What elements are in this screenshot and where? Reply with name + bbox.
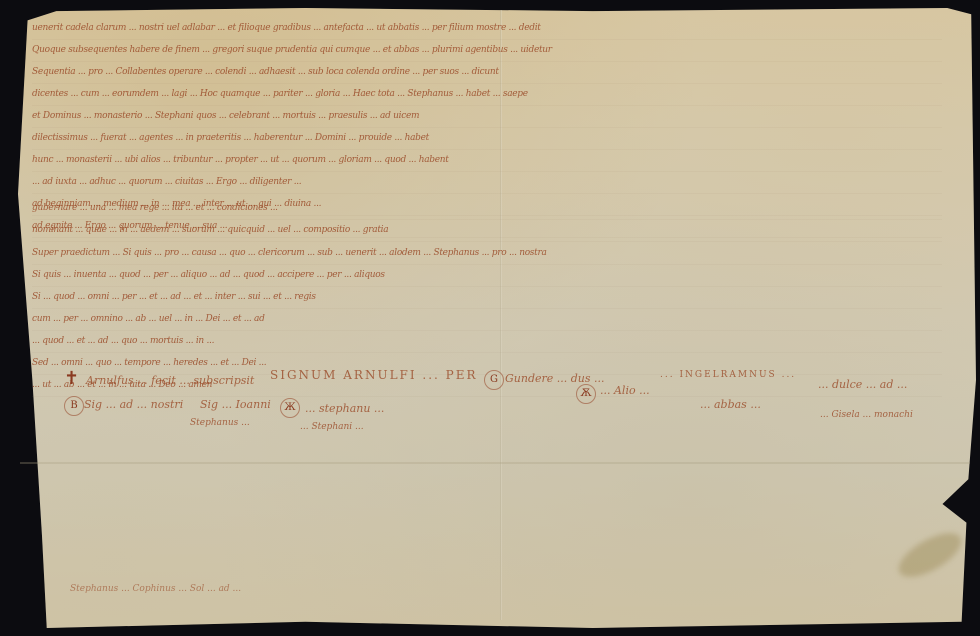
signature-arnulfus: Arnulfus ... fecit ... subscripsit — [86, 374, 254, 387]
text-line-content: cum ... per ... omnino ... ab ... uel ..… — [32, 309, 265, 330]
text-line: dilectissimus ... fuerat ... agentes ...… — [32, 128, 942, 150]
text-line-content: nominant ... quae ... in ... aedem ... s… — [32, 220, 388, 241]
text-line-content: ... ad iuxta ... adhuc ... quorum ... ci… — [32, 172, 301, 193]
signature-row2-mid2: ... stephanu ... — [305, 402, 384, 415]
text-line-content: dilectissimus ... fuerat ... agentes ...… — [32, 128, 429, 149]
signature-signum-caps: SIGNUM ARNULFI ... PER — [270, 368, 478, 382]
text-line: et Dominus ... monasterio ... Stephani q… — [32, 106, 942, 128]
monogram-icon: G — [484, 370, 504, 390]
text-line: Si ... quod ... omni ... per ... et ... … — [32, 287, 942, 309]
text-line-content: et Dominus ... monasterio ... Stephani q… — [32, 106, 419, 127]
bottom-notation: Stephanus ... Cophinus ... Sol ... ad ..… — [70, 584, 241, 594]
text-line-content: uenerit cadela clarum ... nostri uel adl… — [32, 18, 541, 39]
signature-row2-mid3: ... Alio ... — [600, 384, 650, 397]
text-line-content: Si quis ... inuenta ... quod ... per ...… — [32, 265, 385, 286]
text-line-content: Quoque subsequentes habere de finem ... … — [32, 40, 552, 61]
signature-row3-left: Stephanus ... — [190, 418, 250, 428]
signature-ingelramnus: ... INGELRAMNUS ... — [660, 370, 796, 380]
text-line: uenerit cadela clarum ... nostri uel adl… — [32, 18, 942, 40]
horizontal-fold-line — [20, 462, 970, 464]
text-line: ... ad iuxta ... adhuc ... quorum ... ci… — [32, 172, 942, 194]
signature-row2-mid1: Sig ... Ioanni — [200, 398, 271, 411]
monogram-icon: Ж — [280, 398, 300, 418]
signature-gundere: Gundere ... dus ... — [505, 372, 605, 385]
text-line-content: ... quod ... et ... ad ... quo ... mortu… — [32, 331, 214, 352]
text-line-content: gubernare ... una ... mea rege ... ita .… — [32, 198, 278, 219]
text-line: Quoque subsequentes habere de finem ... … — [32, 40, 942, 62]
monogram-icon: B — [64, 396, 84, 416]
text-line: dicentes ... cum ... eorumdem ... lagi .… — [32, 84, 942, 106]
charter-text-block-2: gubernare ... una ... mea rege ... ita .… — [32, 198, 942, 242]
signature-row2-left: Sig ... ad ... nostri — [84, 398, 183, 411]
text-line-content: dicentes ... cum ... eorumdem ... lagi .… — [32, 84, 528, 105]
text-line-content: hunc ... monasterii ... ubi alios ... tr… — [32, 150, 449, 171]
text-line: Sequentia ... pro ... Collabentes operar… — [32, 62, 942, 84]
monogram-icon: Ѫ — [576, 384, 596, 404]
text-line: Super praedictum ... Si quis ... pro ...… — [32, 243, 942, 265]
text-line: Si quis ... inuenta ... quod ... per ...… — [32, 265, 942, 287]
signature-row3-right: ... Gisela ... monachi — [820, 410, 913, 420]
cross-icon: ✝ — [64, 368, 79, 389]
text-line-content: Sequentia ... pro ... Collabentes operar… — [32, 62, 499, 83]
signature-row3-mid: ... Stephani ... — [300, 422, 364, 432]
signature-dulce: ... dulce ... ad ... — [818, 378, 907, 391]
text-line: gubernare ... una ... mea rege ... ita .… — [32, 198, 942, 220]
text-line: hunc ... monasterii ... ubi alios ... tr… — [32, 150, 942, 172]
text-line: nominant ... quae ... in ... aedem ... s… — [32, 220, 942, 242]
text-line-content: Super praedictum ... Si quis ... pro ...… — [32, 243, 547, 264]
text-line: cum ... per ... omnino ... ab ... uel ..… — [32, 309, 942, 331]
text-line-content: Si ... quod ... omni ... per ... et ... … — [32, 287, 316, 308]
signature-row2-right: ... abbas ... — [700, 398, 761, 411]
text-line: ... quod ... et ... ad ... quo ... mortu… — [32, 331, 942, 353]
